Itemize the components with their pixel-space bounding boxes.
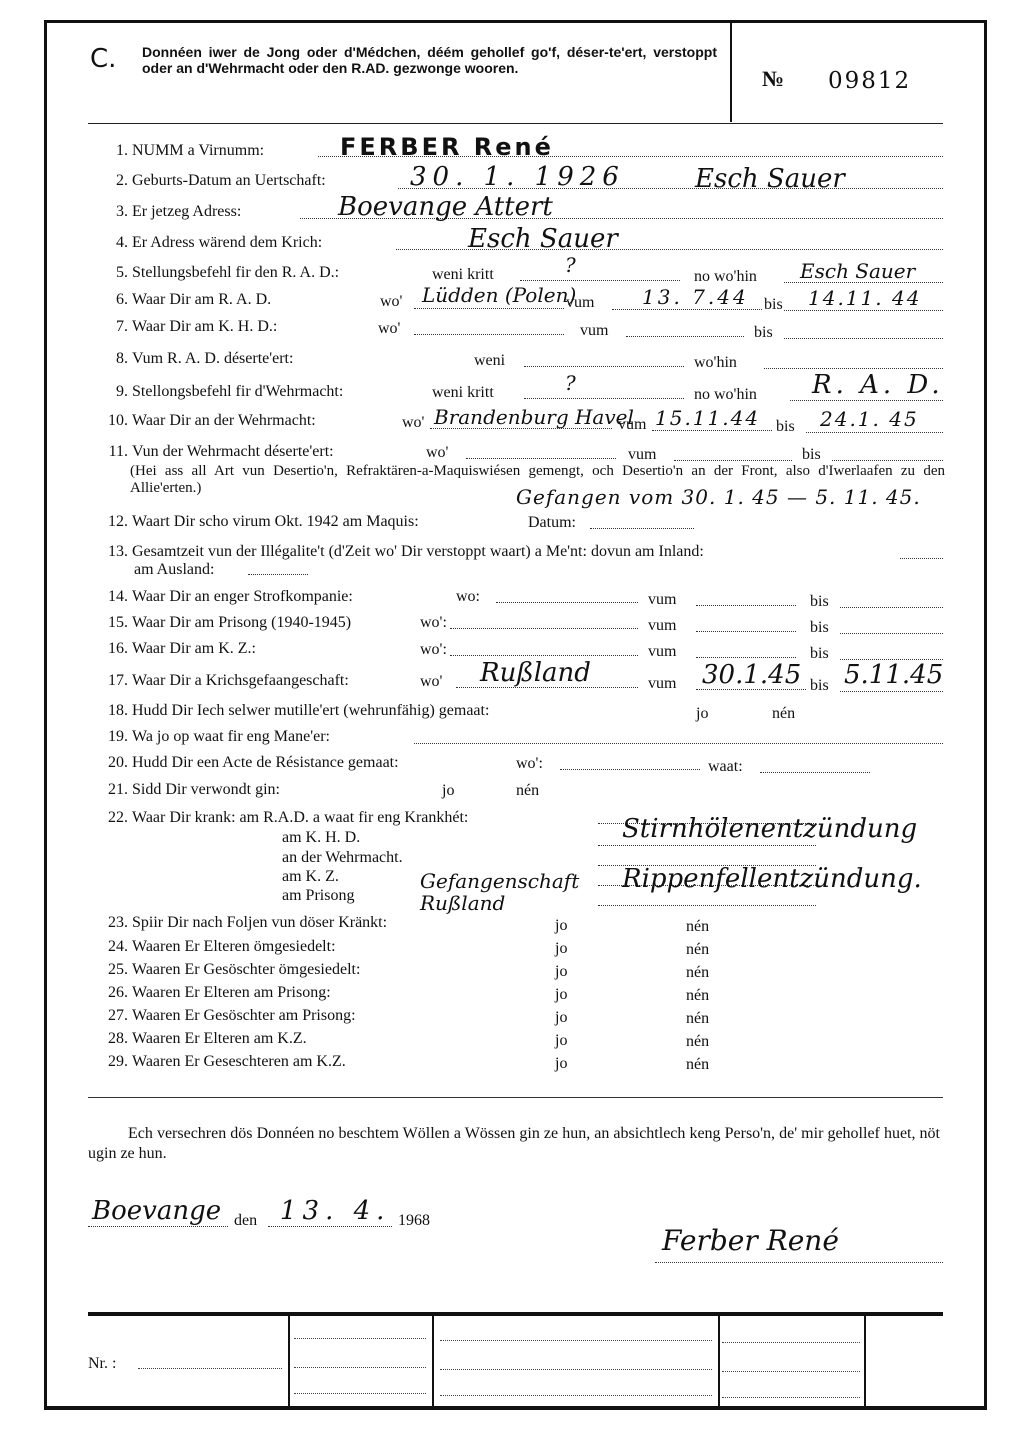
option-yes[interactable]: jo xyxy=(696,705,708,723)
row-24: 24.Waaren Er Elteren ömgesiedelt: xyxy=(90,938,336,956)
row-16: 16.Waar Dir am K. Z.: xyxy=(90,640,256,658)
row-14: 14.Waar Dir an enger Strofkompanie: xyxy=(90,588,353,606)
row-23: 23.Spiir Dir nach Foljen vun döser Kränk… xyxy=(90,914,387,932)
row-12: 12.Waart Dir scho virum Okt. 1942 am Maq… xyxy=(90,513,419,531)
abroad-field[interactable] xyxy=(248,574,308,575)
row-8: 8.Vum R. A. D. déserte'ert: xyxy=(90,350,293,368)
handwritten-illness-1: Stirnhölenentzündung xyxy=(622,816,917,842)
handwritten-wehrmacht-from: 15.11.44 xyxy=(655,405,760,431)
handwritten-current-address: Boevange Attert xyxy=(338,194,553,220)
khd-to-field[interactable] xyxy=(784,338,943,339)
row-20: 20.Hudd Dir een Acte de Résistance gemaa… xyxy=(90,754,399,772)
handwritten-pow-to: 5.11.45 xyxy=(844,662,943,688)
handwritten-wehrmacht-where: R. A. D. xyxy=(812,372,944,398)
option-no[interactable]: nén xyxy=(686,964,709,982)
footer-field[interactable] xyxy=(294,1367,426,1368)
option-no[interactable]: nén xyxy=(686,987,709,1005)
footer-field[interactable] xyxy=(294,1393,426,1394)
row-11: 11.Vun der Wehrmacht déserte'ert: xyxy=(90,443,334,461)
resistance-what-field[interactable] xyxy=(760,772,870,773)
row-25: 25.Waaren Er Gesöschter ömgesiedelt: xyxy=(90,961,360,979)
option-no[interactable]: nén xyxy=(686,1033,709,1051)
option-yes[interactable]: jo xyxy=(555,986,567,1004)
row-label: NUMM a Virnumm: xyxy=(132,142,264,159)
footer-field[interactable] xyxy=(722,1342,860,1343)
row-19: 19.Wa jo op waat fir eng Mane'er: xyxy=(90,728,330,746)
section-letter: C. xyxy=(90,44,116,74)
handwritten-pow-location: Rußland xyxy=(480,660,591,686)
wehrmacht-order-date-field[interactable] xyxy=(524,398,684,399)
row-3: 3.Er jetzeg Adress: xyxy=(90,203,241,221)
declaration-text: Ech versechren dös Donnéen no beschtem W… xyxy=(88,1124,940,1164)
option-yes[interactable]: jo xyxy=(555,1032,567,1050)
row-10: 10.Waar Dir an der Wehrmacht: xyxy=(90,412,316,430)
handwritten-place: Boevange xyxy=(92,1198,221,1224)
footer-field[interactable] xyxy=(722,1397,860,1398)
option-no[interactable]: nén xyxy=(686,941,709,959)
penal-from-field[interactable] xyxy=(696,605,796,606)
row-22: 22.Waar Dir krank: am R.A.D. a waat fir … xyxy=(90,809,468,827)
footer-column-divider xyxy=(432,1316,434,1406)
row-26: 26.Waaren Er Elteren am Prisong: xyxy=(90,984,331,1002)
pow-to-field[interactable] xyxy=(840,691,943,692)
footer-field[interactable] xyxy=(440,1369,712,1370)
row-7: 7.Waar Dir am K. H. D.: xyxy=(90,318,277,336)
option-yes[interactable]: jo xyxy=(555,1055,567,1073)
handwritten-rad-where: Esch Sauer xyxy=(800,258,915,284)
footer-field[interactable] xyxy=(440,1340,712,1341)
row-1: 1.NUMM a Virnumm: xyxy=(90,142,264,160)
row-2: 2.Geburts-Datum an Uertschaft: xyxy=(90,172,326,190)
option-yes[interactable]: jo xyxy=(555,917,567,935)
wehrmacht-to-field[interactable] xyxy=(806,432,943,433)
footer-column-divider xyxy=(864,1316,866,1406)
row-18: 18.Hudd Dir Iech selwer mutille'ert (weh… xyxy=(90,702,489,720)
rad-order-date-field[interactable] xyxy=(520,280,680,281)
prison-where-field[interactable] xyxy=(450,628,638,629)
handwritten-illness-2: Rippenfellentzündung. xyxy=(622,866,922,892)
illness-khd-field[interactable] xyxy=(598,845,816,846)
option-yes[interactable]: jo xyxy=(555,940,567,958)
khd-where-field[interactable] xyxy=(414,334,564,335)
section-divider xyxy=(88,1097,943,1098)
rad-where-field[interactable] xyxy=(414,308,564,309)
handwritten-wehrmacht-location: Brandenburg Havel xyxy=(434,404,634,430)
handwritten-rad-location: Lüdden (Polen) xyxy=(422,282,576,308)
row-27: 27.Waaren Er Gesöschter am Prisong: xyxy=(90,1007,356,1025)
page-bottom-rule xyxy=(44,1406,987,1410)
option-no[interactable]: nén xyxy=(772,705,795,723)
footer-rule xyxy=(88,1312,943,1316)
handwritten-rad-to: 14.11. 44 xyxy=(808,285,921,311)
header-divider xyxy=(730,22,732,122)
option-no[interactable]: nén xyxy=(686,1056,709,1074)
header-rule xyxy=(88,123,943,124)
penal-where-field[interactable] xyxy=(496,602,638,603)
footer-field[interactable] xyxy=(722,1371,860,1372)
handwritten-rad-when: ? xyxy=(565,252,576,278)
handwritten-war-address: Esch Sauer xyxy=(468,226,618,252)
handwritten-wehrmacht-to: 24.1. 45 xyxy=(820,406,919,432)
handwritten-birth-place: Esch Sauer xyxy=(695,166,845,192)
nr-label: Nr. : xyxy=(88,1355,116,1373)
row-5: 5.Stellungsbefehl fir den R. A. D.: xyxy=(90,264,339,282)
option-yes[interactable]: jo xyxy=(442,782,454,800)
option-no[interactable]: nén xyxy=(686,1010,709,1028)
rad-desert-when-field[interactable] xyxy=(524,366,684,367)
option-yes[interactable]: jo xyxy=(555,963,567,981)
rad-desert-where-field[interactable] xyxy=(764,368,943,369)
footer-field[interactable] xyxy=(440,1395,712,1396)
option-no[interactable]: nén xyxy=(686,918,709,936)
row-21: 21.Sidd Dir verwondt gin: xyxy=(90,781,280,799)
handwritten-captivity-side: Gefangenschaft Rußland xyxy=(420,870,600,914)
handwritten-pow-from: 30.1.45 xyxy=(702,662,801,688)
kz-where-field[interactable] xyxy=(450,655,638,656)
date-field[interactable] xyxy=(268,1226,392,1227)
row-9: 9.Stellongsbefehl fir d'Wehrmacht: xyxy=(90,383,343,401)
desert-from-field[interactable] xyxy=(674,460,792,461)
prison-from-field[interactable] xyxy=(696,631,796,632)
kz-from-field[interactable] xyxy=(696,657,796,658)
footer-column-divider xyxy=(718,1316,720,1406)
khd-from-field[interactable] xyxy=(626,336,744,337)
inland-field[interactable] xyxy=(900,558,943,559)
row-13: 13.Gesamtzeit vun der Illégalite't (d'Ze… xyxy=(90,543,704,561)
row-4: 4.Er Adress wärend dem Krich: xyxy=(90,234,322,252)
form-number: 09812 xyxy=(828,68,911,94)
handwritten-name: FERBER René xyxy=(340,134,554,160)
option-no[interactable]: nén xyxy=(516,782,539,800)
handwritten-date: 13. 4. xyxy=(280,1198,390,1224)
row-29: 29.Waaren Er Geseschteren am K.Z. xyxy=(90,1053,346,1071)
handwritten-signature: Ferber René xyxy=(662,1228,839,1254)
desert-to-field[interactable] xyxy=(832,460,943,461)
prison-to-field[interactable] xyxy=(840,633,943,634)
section-title: Donnéen iwer de Jong oder d'Médchen, déé… xyxy=(142,44,717,76)
place-field[interactable] xyxy=(88,1226,228,1227)
handwritten-birth-date: 30. 1. 1926 xyxy=(410,164,625,190)
resistance-where-field[interactable] xyxy=(560,769,700,770)
row-6: 6.Waar Dir am R. A. D. xyxy=(90,291,271,309)
wehrmacht-order-where-field[interactable] xyxy=(790,400,943,401)
maquis-date-field[interactable] xyxy=(590,528,694,529)
footer-field[interactable] xyxy=(294,1338,426,1339)
illness-prison-field[interactable] xyxy=(598,905,816,906)
row-17: 17.Waar Dir a Krichsgefaangeschaft: xyxy=(90,672,349,690)
number-symbol: № xyxy=(762,66,784,92)
handwritten-wehrmacht-when: ? xyxy=(565,370,576,396)
option-yes[interactable]: jo xyxy=(555,1009,567,1027)
handwritten-rad-from: 13. 7.44 xyxy=(642,284,749,310)
year-label: 1968 xyxy=(398,1212,430,1230)
penal-to-field[interactable] xyxy=(840,607,943,608)
manner-field[interactable] xyxy=(414,743,943,744)
row-15: 15.Waar Dir am Prisong (1940-1945) xyxy=(90,614,351,632)
row-28: 28.Waaren Er Elteren am K.Z. xyxy=(90,1030,307,1048)
footer-column-divider xyxy=(288,1316,290,1406)
handwritten-captivity-note: Gefangen vom 30. 1. 45 — 5. 11. 45. xyxy=(516,484,921,510)
desert-where-field[interactable] xyxy=(466,458,616,459)
den-label: den xyxy=(234,1212,257,1230)
nr-field[interactable] xyxy=(138,1368,282,1369)
signature-field[interactable] xyxy=(655,1262,943,1263)
